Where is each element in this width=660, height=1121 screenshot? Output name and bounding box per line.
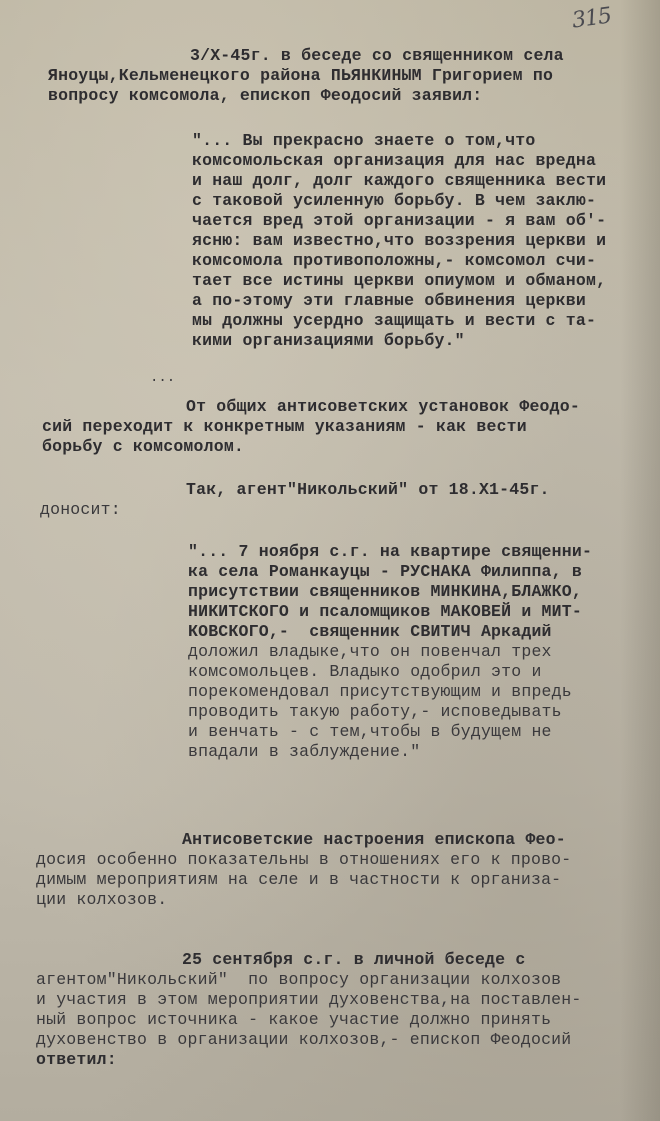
text-line: чается вред этой организации - я вам об'… (192, 211, 606, 231)
text-line: Так, агент"Никольский" от 18.Х1-45г. (186, 480, 550, 500)
text-line: комсомольцев. Владыко одобрил это и (188, 662, 542, 682)
text-line: сий переходит к конкретным указаниям - к… (42, 417, 527, 437)
text-line: От общих антисоветских установок Феодо- (186, 397, 580, 417)
text-line: кими организациями борьбу." (192, 331, 465, 351)
text-line: тает все истины церкви опиумом и обманом… (192, 271, 606, 291)
text-line: ка села Романкауцы - РУСНАКА Филиппа, в (188, 562, 582, 582)
page-number: 315 (570, 3, 612, 33)
text-line: присутствии священников МИНКИНА,БЛАЖКО, (188, 582, 582, 602)
text-line: Антисоветские настроения епископа Фео- (182, 830, 566, 850)
text-line: 3/X-45г. в беседе со священником села (190, 46, 564, 66)
text-line: мы должны усердно защищать и вести с та- (192, 311, 596, 331)
text-line: комсомола противоположны,- комсомол счи- (192, 251, 596, 271)
text-line: комсомольская организация для нас вредна (192, 151, 596, 171)
text-line: 25 сентября с.г. в личной беседе с (182, 950, 525, 970)
text-line: ответил: (36, 1050, 117, 1070)
text-line: ясню: вам известно,что воззрения церкви … (192, 231, 606, 251)
text-line: "... Вы прекрасно знаете о том,что (192, 131, 535, 151)
text-line: с таковой усиленную борьбу. В чем заклю- (192, 191, 596, 211)
text-line: духовенство в организации колхозов,- епи… (36, 1030, 571, 1050)
ellipsis-mark: ... (150, 370, 175, 386)
text-line: впадали в заблуждение." (188, 742, 420, 762)
text-line: борьбу с комсомолом. (42, 437, 244, 457)
document-page: 315 3/X-45г. в беседе со священником сел… (0, 0, 660, 1121)
text-line: проводить такую работу,- исповедывать (188, 702, 562, 722)
text-line: "... 7 ноября с.г. на квартире священни- (188, 542, 592, 562)
text-line: агентом"Никольский" по вопросу организац… (36, 970, 561, 990)
text-line: Яноуцы,Кельменецкого района ПЬЯНКИНЫМ Гр… (48, 66, 553, 86)
text-line: димым мероприятиям на селе и в частности… (36, 870, 561, 890)
text-line: ции колхозов. (36, 890, 167, 910)
text-line: и наш долг, долг каждого священника вест… (192, 171, 606, 191)
text-line: а по-этому эти главные обвинения церкви (192, 291, 586, 311)
text-line: доложил владыке,что он повенчал трех (188, 642, 552, 662)
text-line: ный вопрос источника - какое участие дол… (36, 1010, 551, 1030)
text-line: доносит: (40, 500, 121, 520)
text-line: досия особенно показательны в отношениях… (36, 850, 571, 870)
text-line: и участия в этом мероприятии духовенства… (36, 990, 582, 1010)
text-line: КОВСКОГО,- священник СВИТИЧ Аркадий (188, 622, 552, 642)
text-line: и венчать - с тем,чтобы в будущем не (188, 722, 552, 742)
text-line: порекомендовал присутствующим и впредь (188, 682, 572, 702)
text-line: НИКИТСКОГО и псаломщиков МАКОВЕЙ и МИТ- (188, 602, 582, 622)
text-line: вопросу комсомола, епископ Феодосий заяв… (48, 86, 482, 106)
